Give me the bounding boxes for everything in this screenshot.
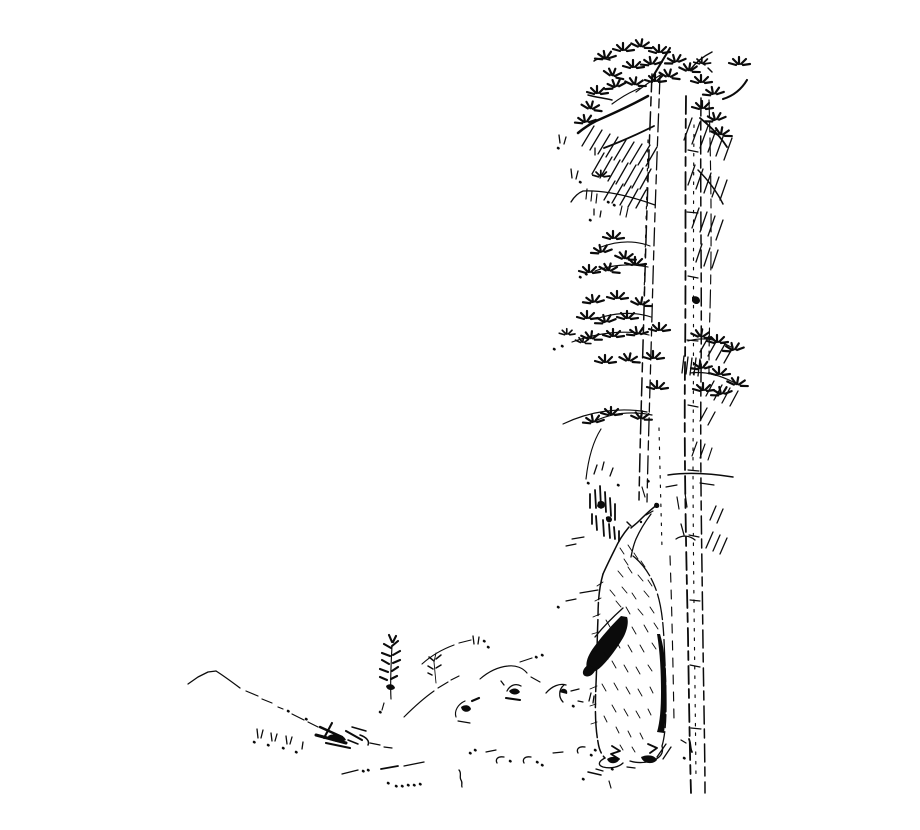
bear-and-pine-illustration xyxy=(0,0,920,830)
pine-tree xyxy=(554,38,750,793)
tree-trunks xyxy=(639,74,711,793)
rocks xyxy=(404,636,579,723)
ridge-line xyxy=(188,671,318,727)
bear-front-leg xyxy=(583,608,628,676)
illustration-frame xyxy=(0,0,920,830)
fallen-log xyxy=(316,723,392,748)
sapling xyxy=(380,635,441,712)
undergrowth-scribble xyxy=(566,462,619,546)
bear xyxy=(583,503,671,771)
grass-tufts xyxy=(254,590,598,752)
ground-dashes xyxy=(342,739,692,788)
bear-feet xyxy=(596,744,671,771)
